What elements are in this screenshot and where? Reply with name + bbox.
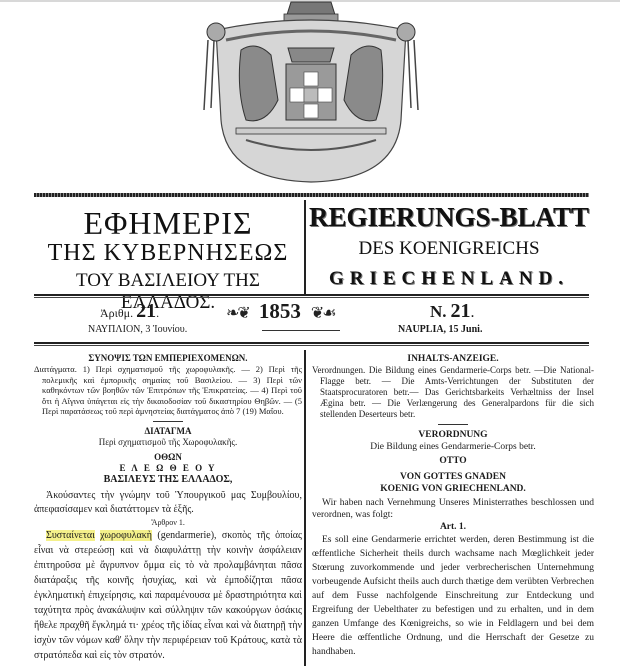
greek-article-label: Ἄρθρον 1. [34,517,302,528]
greek-place-date: ΝΑΥΠΛΙΟΝ, 3 Ἰουνίου. [88,324,187,335]
highlighted-term-2[interactable]: χωροφυλακὴ [100,530,152,541]
german-title-line2: DES KOENIGREICHS [308,238,590,260]
german-preamble: Wir haben nach Vernehmung Unseres Minist… [312,497,594,521]
german-column: INHALTS-ANZEIGE. Verordnungen. Die Bildu… [312,353,594,659]
german-decree-heading: VERORDNUNG [312,429,594,441]
german-article-text: Es soll eine Gendarmerie errichtet werde… [312,533,594,659]
greek-preamble: Ἀκούσαντες τὴν γνώμην τοῦ Ὑπουργικοῦ μας… [34,489,302,517]
masthead-top-rule [34,193,589,197]
greek-issue-number: Ἀριθμ. 21. [100,300,159,323]
german-place-date: NAUPLIA, 15 Juni. [398,324,482,335]
german-article-label: Art. 1. [312,521,594,533]
german-issue-number: N. 21. [430,300,475,323]
masthead-bottom-rule [34,342,589,346]
greek-contents-heading: ΣΥΝΟΨΙΣ ΤΩΝ ΕΜΠΕΡΙΕΧΟΜΕΝΩΝ. [34,353,302,364]
greek-king-title: ΒΑΣΙΛΕΥΣ ΤΗΣ ΕΛΛΑΔΟΣ, [34,474,302,485]
greek-title-line2: ΤΗΣ ΚΥΒΕΡΝΗΣΕΩΣ [34,240,302,267]
highlighted-term-1[interactable]: Συσταίνεται [46,530,95,541]
german-king-title: KOENIG VON GRIECHENLAND. [312,483,594,495]
body-column-separator [304,350,306,666]
year-ornament: ❧❦ 1853 ❦☙ [226,299,335,324]
greek-article-text: (gendarmerie), σκοπὸς τῆς ὁποίας εἶναι ν… [34,530,302,661]
year-underline [262,330,340,331]
greek-contents-body: Διατάγματα. 1) Περὶ σχηματισμοῦ τῆς χωρο… [34,364,302,417]
greek-column: ΣΥΝΟΨΙΣ ΤΩΝ ΕΜΠΕΡΙΕΧΟΜΕΝΩΝ. Διατάγματα. … [34,353,302,663]
left-ornament-icon: ❧❦ [226,303,249,323]
german-by-grace: VON GOTTES GNADEN [312,471,594,483]
greek-number-value: 21 [136,300,156,322]
greek-article-body: Συσταίνεται χωροφυλακὴ (gendarmerie), σκ… [34,528,302,663]
right-ornament-icon: ❦☙ [311,303,335,323]
german-contents-heading: INHALTS-ANZEIGE. [312,353,594,365]
german-title-line1: REGIERUNGS-BLATT [308,202,590,233]
german-section-divider [438,424,468,425]
issue-year: 1853 [253,299,307,323]
greek-decree-subject: Περὶ σχηματισμοῦ τῆς Χωροφυλακῆς. [34,437,302,448]
german-title-line3: GRIECHENLAND. [308,268,590,290]
german-contents-body: Verordnungen. Die Bildung eines Gendarme… [312,365,594,420]
german-number-label: N. [430,302,447,321]
german-king-name: OTTO [312,455,594,467]
masthead-column-separator [304,200,306,294]
coat-of-arms-icon [196,0,426,185]
german-number-value: 21 [451,300,471,322]
masthead-mid-rule [34,294,589,298]
greek-number-label: Ἀριθμ. [100,306,133,320]
german-decree-subject: Die Bildung eines Gendarmerie-Corps betr… [312,441,594,453]
greek-decree-heading: ΔΙΑΤΑΓΜΑ [34,426,302,437]
greek-title-line1: ΕΦΗΜΕΡΙΣ [34,205,302,242]
greek-by-grace: Ε Λ Ε Ω Θ Ε Ο Υ [34,463,302,474]
greek-king-name: ΟΘΩΝ [34,452,302,463]
greek-section-divider [153,421,183,422]
